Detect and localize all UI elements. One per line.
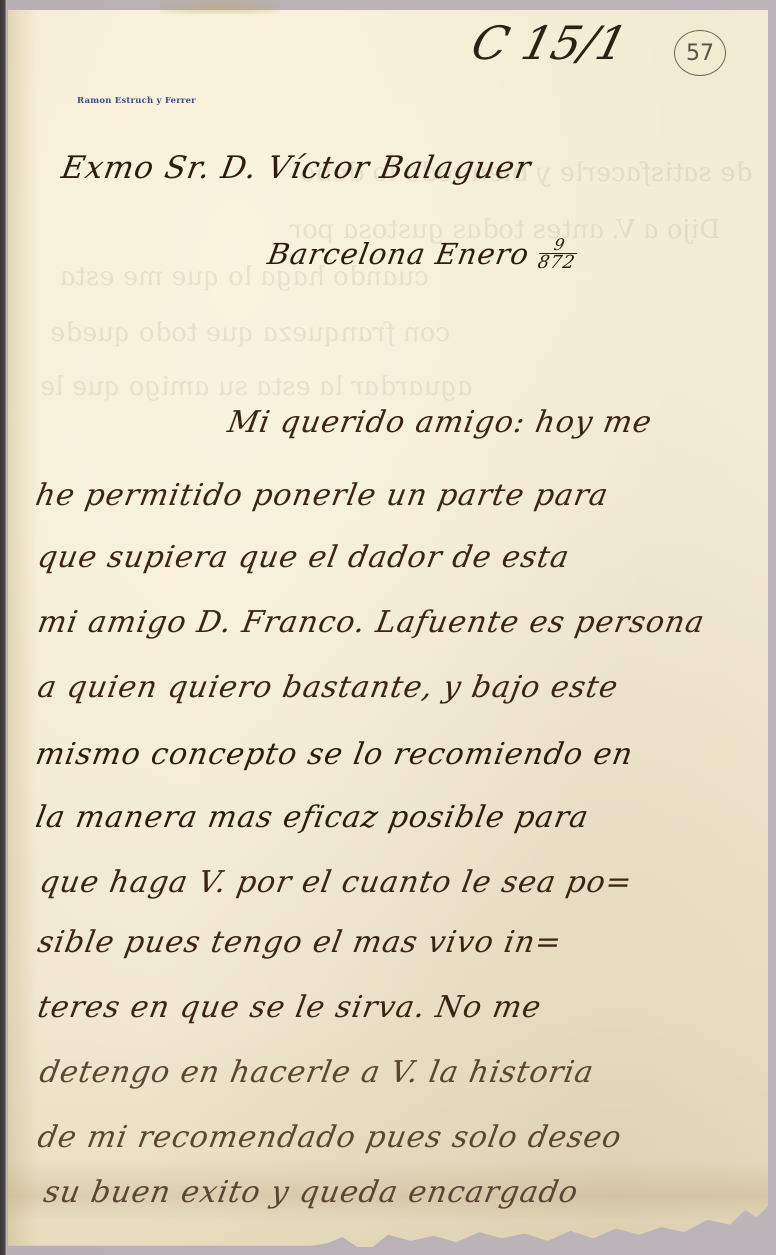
body-line: Mi querido amigo: hoy me (225, 405, 655, 440)
page-number-badge: 57 (674, 30, 726, 76)
paper-edge-stain (8, 10, 38, 1252)
body-line: de mi recomendado pues solo deseo (35, 1120, 625, 1155)
bleed-through-line: aguardar la esta su amigo que le (37, 372, 475, 402)
body-line: mi amigo D. Franco. Lafuente es persona (35, 605, 708, 640)
body-line: detengo en hacerle a V. la historia (37, 1055, 597, 1090)
body-line: a quien quiero bastante, y bajo este (35, 670, 621, 705)
body-line: he permitido ponerle un parte para (33, 478, 611, 513)
body-line: sible pues tengo el mas vivo in= (35, 925, 565, 960)
addressee-line: Exmo Sr. D. Víctor Balaguer (59, 150, 534, 186)
body-line: su buen exito y queda encargado (41, 1175, 581, 1210)
page-number: 57 (686, 41, 714, 66)
place-date-line: Barcelona Enero 9 872 (265, 237, 580, 272)
catalog-mark: C 15/1 (467, 20, 632, 66)
body-line: teres en que se le sirva. No me (35, 990, 544, 1025)
date-year: 872 (536, 254, 577, 272)
letterhead: Ramon Estruch y Ferrer (77, 96, 196, 106)
place-text: Barcelona Enero (265, 237, 532, 271)
top-edge-stain (160, 0, 280, 14)
bleed-through-line: con franqueza que todo quede (47, 318, 453, 348)
body-line: mismo concepto se lo recomiendo en (33, 737, 636, 772)
body-line: que supiera que el dador de esta (35, 540, 573, 575)
date-fraction: 9 872 (536, 237, 580, 272)
body-line: la manera mas eficaz posible para (33, 800, 592, 835)
body-line: que haga V. por el cuanto le sea po= (37, 865, 635, 900)
